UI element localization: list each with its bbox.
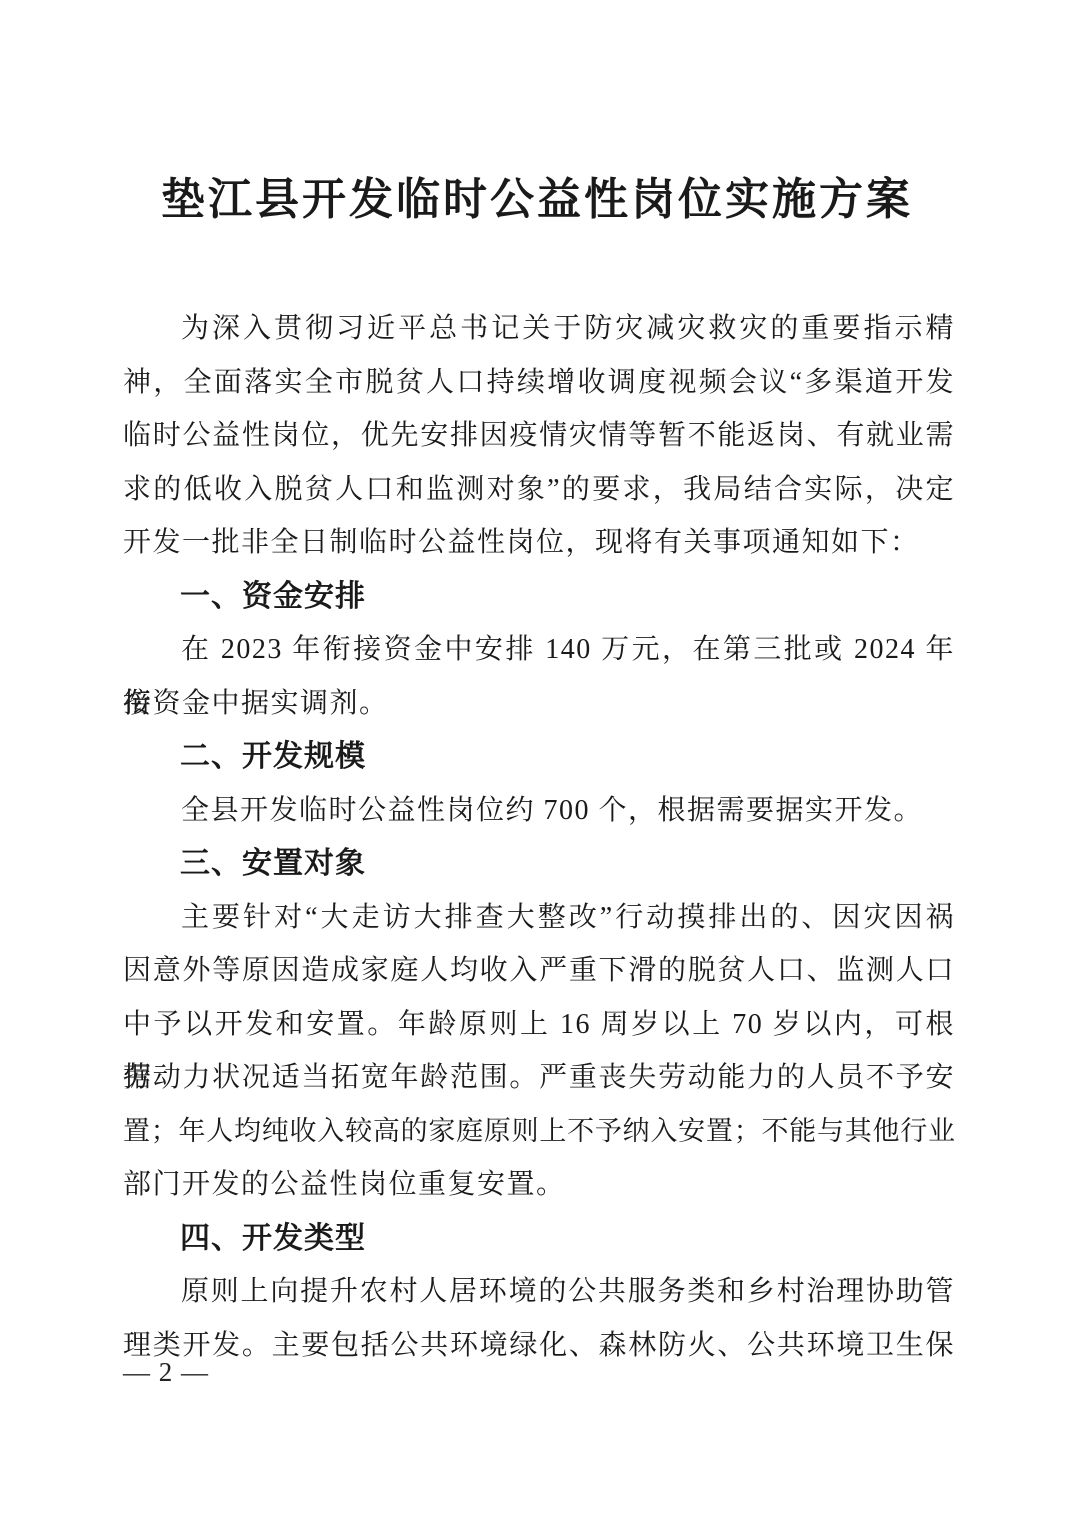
section1-line-2: 接资金中据实调剂。	[123, 677, 955, 731]
section3-line-2: 因意外等原因造成家庭人均收入严重下滑的脱贫人口、监测人口	[123, 944, 955, 998]
intro-line-1: 为深入贯彻习近平总书记关于防灾减灾救灾的重要指示精	[123, 302, 955, 356]
section3-line-3: 中予以开发和安置。年龄原则上 16 周岁以上 70 岁以内，可根据	[123, 998, 955, 1052]
document-body: 为深入贯彻习近平总书记关于防灾减灾救灾的重要指示精 神，全面落实全市脱贫人口持续…	[123, 302, 955, 1372]
document-title: 垫江县开发临时公益性岗位实施方案	[0, 176, 1074, 224]
section3-line-5: 置；年人均纯收入较高的家庭原则上不予纳入安置；不能与其他行业	[123, 1105, 955, 1159]
section2-heading: 二、开发规模	[123, 730, 955, 784]
intro-line-4: 求的低收入脱贫人口和监测对象”的要求，我局结合实际，决定	[123, 463, 955, 517]
section3-heading: 三、安置对象	[123, 837, 955, 891]
section2-line-1: 全县开发临时公益性岗位约 700 个，根据需要据实开发。	[123, 784, 955, 838]
section1-line-1: 在 2023 年衔接资金中安排 140 万元，在第三批或 2024 年衔	[123, 623, 955, 677]
section3-line-4: 劳动力状况适当拓宽年龄范围。严重丧失劳动能力的人员不予安	[123, 1051, 955, 1105]
document-page: 垫江县开发临时公益性岗位实施方案 为深入贯彻习近平总书记关于防灾减灾救灾的重要指…	[0, 0, 1074, 1520]
section3-line-6: 部门开发的公益性岗位重复安置。	[123, 1158, 955, 1212]
section4-line-2: 理类开发。主要包括公共环境绿化、森林防火、公共环境卫生保	[123, 1319, 955, 1373]
intro-line-3: 临时公益性岗位，优先安排因疫情灾情等暂不能返岗、有就业需	[123, 409, 955, 463]
section1-heading: 一、资金安排	[123, 570, 955, 624]
section3-line-1: 主要针对“大走访大排查大整改”行动摸排出的、因灾因祸	[123, 891, 955, 945]
page-number: — 2 —	[123, 1352, 209, 1392]
section4-line-1: 原则上向提升农村人居环境的公共服务类和乡村治理协助管	[123, 1265, 955, 1319]
intro-line-2: 神，全面落实全市脱贫人口持续增收调度视频会议“多渠道开发	[123, 356, 955, 410]
section4-heading: 四、开发类型	[123, 1212, 955, 1266]
intro-line-5: 开发一批非全日制临时公益性岗位，现将有关事项通知如下：	[123, 516, 955, 570]
